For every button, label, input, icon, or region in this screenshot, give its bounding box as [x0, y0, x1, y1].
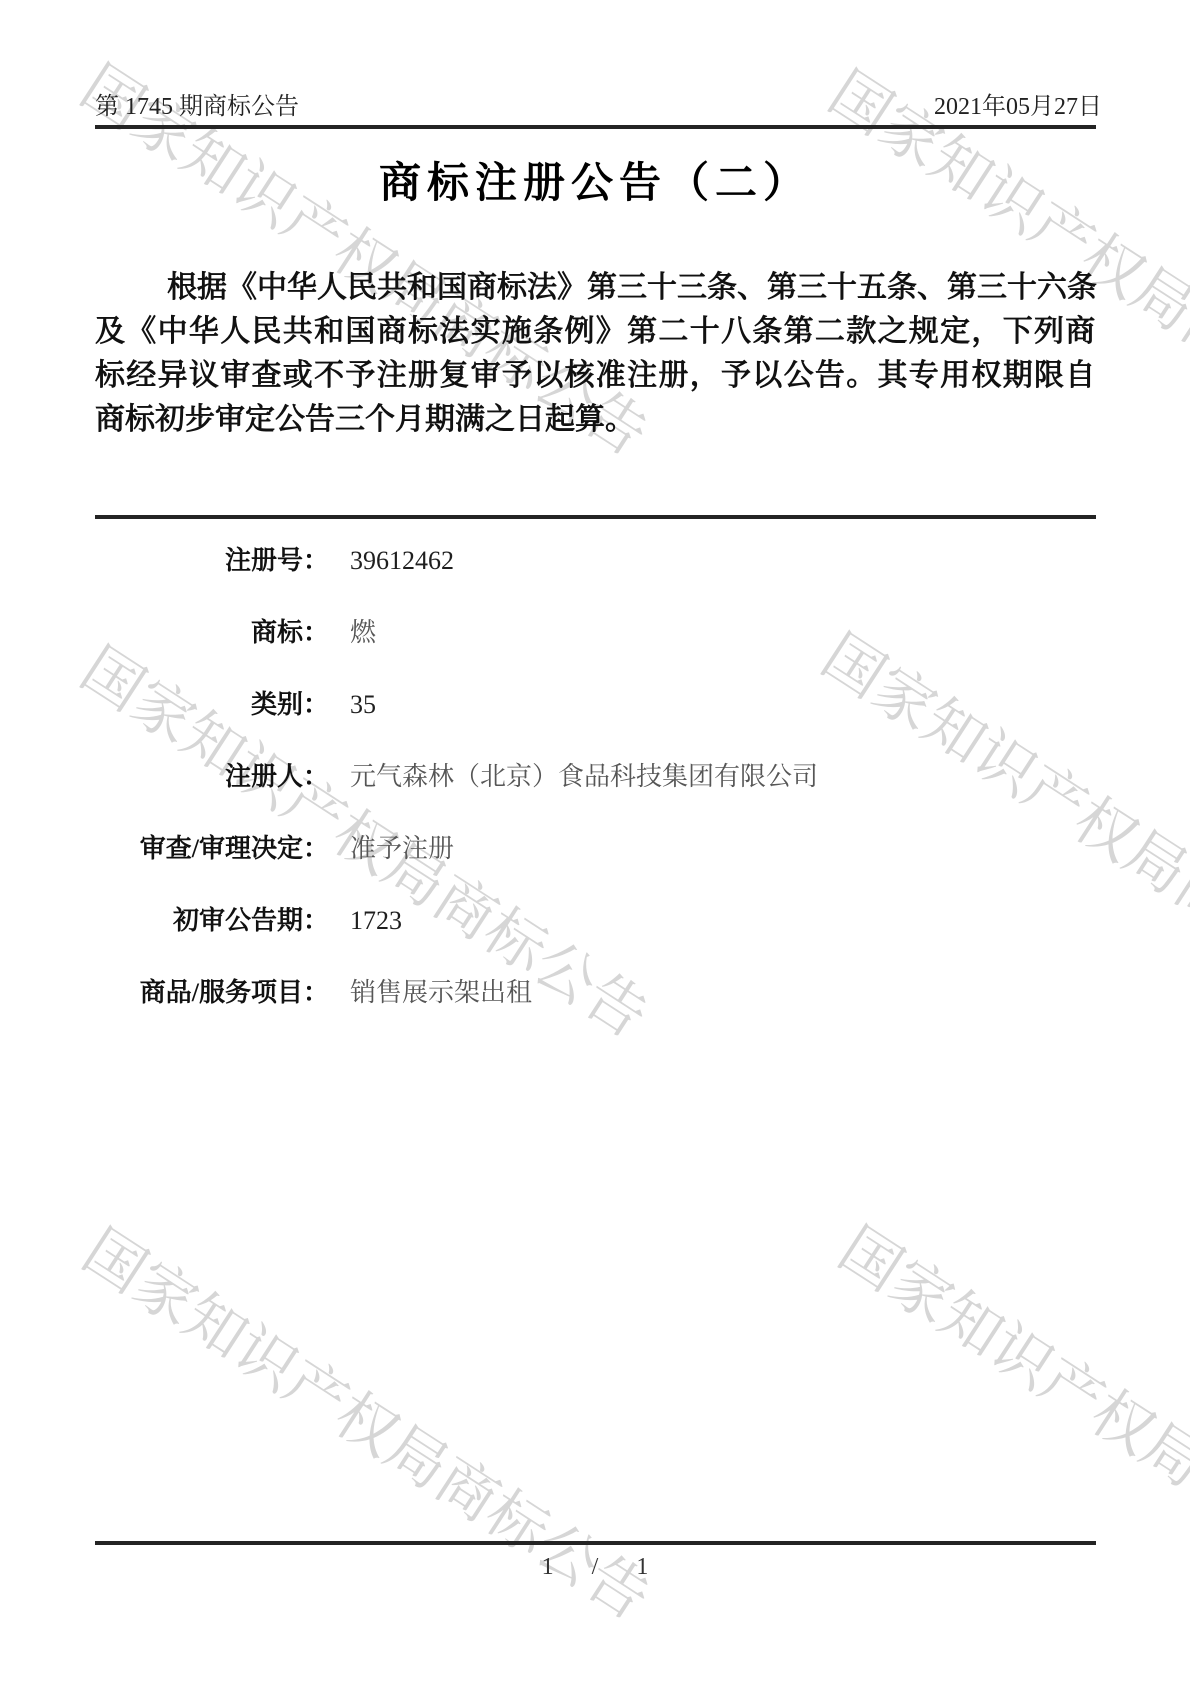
field-row-decision: 审查/审理决定： 准予注册 — [95, 828, 1095, 900]
page-separator: / — [592, 1554, 599, 1581]
header-divider — [95, 125, 1096, 129]
gazette-issue-number: 第 1745 期商标公告 — [95, 86, 299, 121]
field-label: 商品/服务项目： — [95, 972, 329, 1009]
notice-line: 标经异议审查或不予注册复审予以核准注册，予以公告。其专用权期限自 — [95, 354, 1095, 398]
field-label: 审查/审理决定： — [95, 828, 329, 865]
field-row-trademark: 商标： 燃 — [95, 612, 1095, 684]
page-number: 1/1 — [95, 1554, 1095, 1581]
field-value: 39612462 — [350, 546, 454, 576]
document-page: 国家知识产权局商标公告 国家知识产权局商标公告 国家知识产权局商标公告 国家知识… — [0, 0, 1190, 1684]
field-label: 注册人： — [95, 756, 329, 793]
field-row-registration-number: 注册号： 39612462 — [95, 540, 1095, 612]
notice-line: 及《中华人民共和国商标法实施条例》第二十八条第二款之规定，下列商 — [95, 310, 1095, 354]
field-value: 1723 — [350, 906, 402, 936]
notice-line: 商标初步审定公告三个月期满之日起算。 — [95, 398, 1095, 442]
legal-notice-paragraph: 根据《中华人民共和国商标法》第三十三条、第三十五条、第三十六条 及《中华人民共和… — [95, 266, 1095, 442]
footer-divider — [95, 1541, 1096, 1545]
field-row-class: 类别： 35 — [95, 684, 1095, 756]
field-label: 类别： — [95, 684, 329, 721]
field-label: 商标： — [95, 612, 329, 649]
field-value: 准予注册 — [350, 828, 454, 865]
field-value: 燃 — [350, 612, 376, 649]
field-row-goods-services: 商品/服务项目： 销售展示架出租 — [95, 972, 1095, 1044]
total-page-count: 1 — [636, 1554, 648, 1581]
page-title: 商标注册公告（二） — [95, 150, 1095, 210]
field-label: 注册号： — [95, 540, 329, 577]
field-value: 35 — [350, 690, 376, 720]
section-divider — [95, 515, 1096, 519]
current-page-number: 1 — [542, 1554, 554, 1581]
field-label: 初审公告期： — [95, 900, 329, 937]
field-value: 销售展示架出租 — [350, 972, 532, 1009]
notice-line: 根据《中华人民共和国商标法》第三十三条、第三十五条、第三十六条 — [95, 266, 1095, 310]
trademark-record: 注册号： 39612462 商标： 燃 类别： 35 注册人： 元气森林（北京）… — [95, 540, 1095, 1044]
field-value: 元气森林（北京）食品科技集团有限公司 — [350, 756, 818, 793]
field-row-registrant: 注册人： 元气森林（北京）食品科技集团有限公司 — [95, 756, 1095, 828]
field-row-preliminary-gazette: 初审公告期： 1723 — [95, 900, 1095, 972]
publication-date: 2021年05月27日 — [934, 86, 1102, 121]
